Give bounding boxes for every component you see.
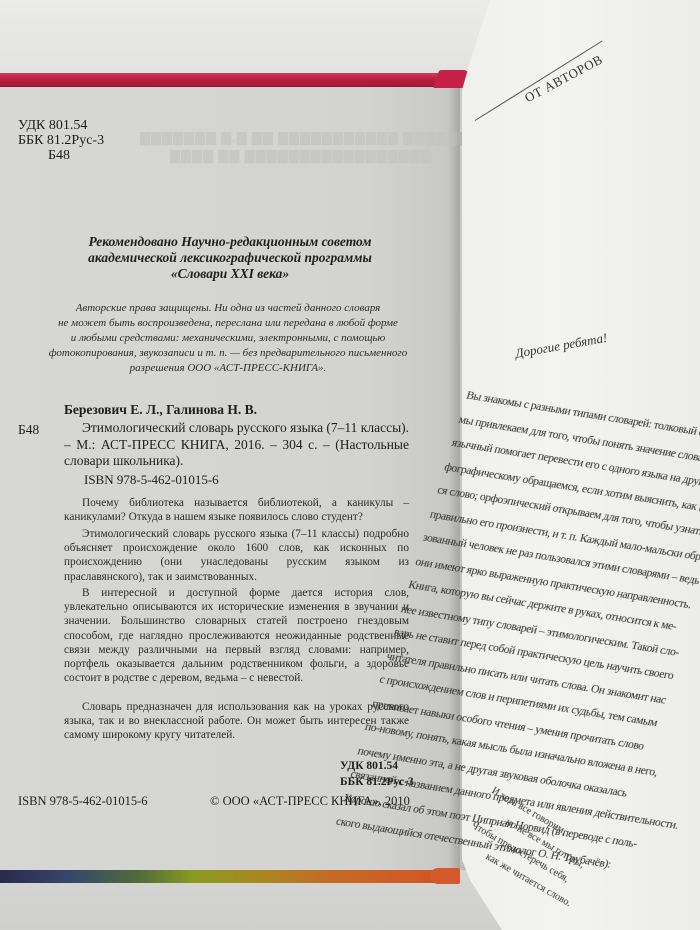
annotation-paragraph: Почему библиотека называется библиотекой… xyxy=(64,496,409,524)
rights-line: Авторские права защищены. Ни одна из час… xyxy=(28,301,428,316)
author-mark: Б48 xyxy=(18,148,104,163)
isbn: ISBN 978-5-462-01015-6 xyxy=(84,472,219,488)
authors-heading: Березович Е. Л., Галинова Н. В. xyxy=(64,402,257,418)
rights-line: не может быть воспроизведена, переслана … xyxy=(28,316,428,331)
bbk-code: ББК 81.2Рус-3 xyxy=(18,133,104,148)
footer-isbn: ISBN 978-5-462-01015-6 xyxy=(18,794,148,809)
bleed-through-text: ▇▇▇▇▇▇▇ ▇.▇ ▇▇ ▇▇▇▇▇▇▇▇▇▇▇ ▇▇▇▇▇▇▇▇ xyxy=(140,130,491,146)
header-classification-codes: УДК 801.54 ББК 81.2Рус-3 Б48 xyxy=(18,118,104,163)
rights-line: фотокопирования, звукозаписи и т. п. — б… xyxy=(28,346,428,361)
rights-line: разрешения ООО «АСТ-ПРЕСС-КНИГА». xyxy=(28,361,428,376)
recommendation-line: «Словари XXI века» xyxy=(55,266,405,282)
annotation-paragraph: В интересной и доступной форме дается ис… xyxy=(64,586,409,685)
rights-line: и любыми средствами: механическими, элек… xyxy=(28,331,428,346)
recommendation-line: Рекомендовано Научно-редакционным совето… xyxy=(55,234,405,250)
recommendation-line: академической лексикографической програм… xyxy=(55,250,405,266)
annotation-paragraph: Этимологический словарь русского языка (… xyxy=(64,527,409,584)
rights-notice: Авторские права защищены. Ни одна из час… xyxy=(28,301,428,376)
annotation-paragraph: Словарь предназначен для использования к… xyxy=(64,700,409,743)
udk-code: УДК 801.54 xyxy=(18,118,104,133)
bibliographic-entry: Этимологический словарь русского языка (… xyxy=(64,420,409,470)
book-bottom-edge-corner xyxy=(430,868,460,884)
author-mark-side: Б48 xyxy=(18,422,39,438)
book-top-edge-red xyxy=(0,73,468,86)
recommendation-notice: Рекомендовано Научно-редакционным совето… xyxy=(55,234,405,282)
bleed-through-text: ▇▇▇▇ ▇▇ ▇▇▇▇▇▇▇▇▇▇▇▇▇▇▇▇▇ xyxy=(170,148,431,164)
book-bottom-edge-rainbow xyxy=(0,870,460,883)
